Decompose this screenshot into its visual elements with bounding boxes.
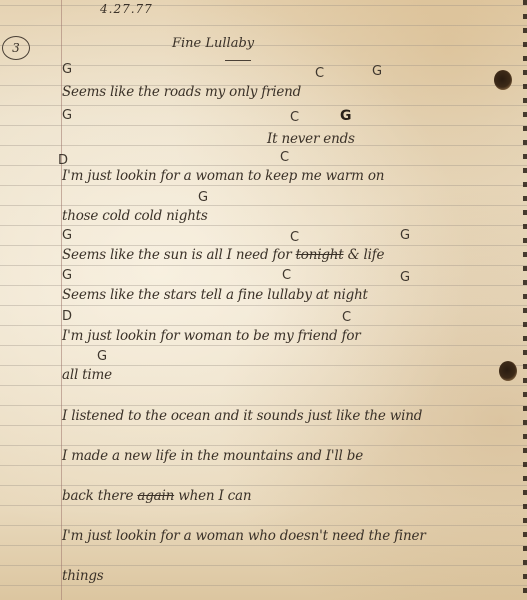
page-number-circled: 3 [2,36,30,60]
chord-marker: G [62,62,72,77]
lyric-line: things [62,568,104,584]
notebook-page: 4.27.77 3 Fine Lullaby G C G G C G C D G… [0,0,527,600]
chord-marker: D [62,309,72,324]
chord-marker: G [400,270,410,285]
crossed-out-word: again [137,488,174,504]
chord-marker: D [58,153,68,168]
chord-marker: G [62,228,72,243]
chord-marker: G [372,64,382,79]
chord-marker: G [340,108,352,124]
lyric-line: I'm just lookin for woman to be my frien… [62,328,361,344]
chord-marker: C [315,66,324,81]
lyric-line: I'm just lookin for a woman who doesn't … [62,528,426,544]
chord-marker: G [62,108,72,123]
lyric-line: those cold cold nights [62,208,208,224]
chord-marker: G [62,268,72,283]
date: 4.27.77 [100,2,153,16]
chord-marker: C [282,268,291,283]
lyric-line: I'm just lookin for a woman to keep me w… [62,168,384,184]
song-title: Fine Lullaby [172,36,254,51]
binder-hole-middle [499,361,517,381]
lyric-line: It never ends [267,131,355,147]
crossed-out-word: tonight [296,247,344,263]
lyric-line: Seems like the roads my only friend [62,84,301,100]
lyric-text: when I can [174,488,251,504]
title-underline [225,60,251,61]
chord-marker: C [342,310,351,325]
chord-marker: G [97,349,107,364]
lyric-text: & life [344,247,385,263]
chord-marker: G [400,228,410,243]
lyric-line: Seems like the stars tell a fine lullaby… [62,287,368,303]
lyric-line: I made a new life in the mountains and I… [62,448,363,464]
chord-marker: C [290,110,299,125]
chord-marker: G [198,190,208,205]
lyric-line: Seems like the sun is all I need for ton… [62,247,384,263]
chord-marker: C [280,150,289,165]
lyric-line: I listened to the ocean and it sounds ju… [62,408,422,424]
lyric-line: all time [62,367,112,383]
lyric-text: back there [62,488,137,504]
lyric-text: Seems like the sun is all I need for [62,247,296,263]
lyric-line: back there again when I can [62,488,251,504]
perforated-edge [523,0,527,600]
chord-marker: C [290,230,299,245]
binder-hole-top [494,70,512,90]
